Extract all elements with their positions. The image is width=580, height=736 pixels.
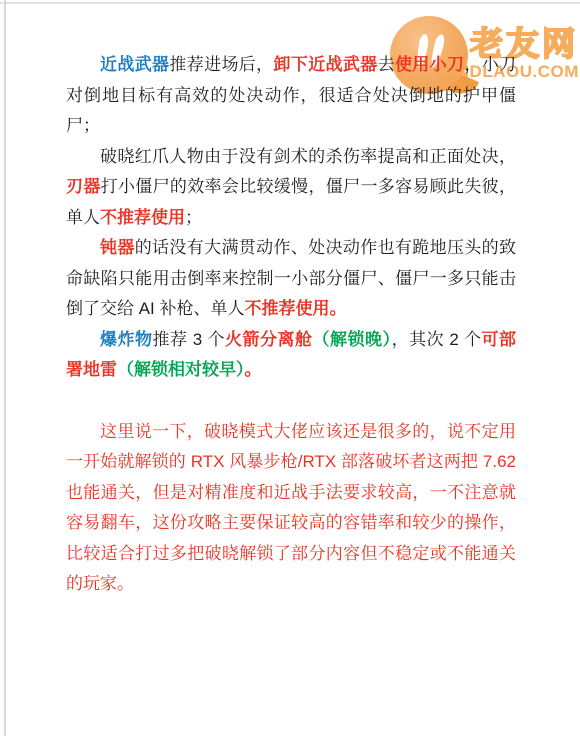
text-run: 破晓红爪人物由于没有剑术的杀伤率提高和正面处决，: [100, 147, 516, 166]
paragraph: 近战武器推荐进场后，卸下近战武器去使用小刀，小刀对倒地目标有高效的处决动作，很适…: [66, 50, 516, 142]
text-run: 。: [245, 360, 262, 379]
text-run: 推荐 3 个: [153, 330, 225, 349]
text-run: 卸下近战武器: [274, 55, 378, 74]
article-page: 老友网 ANDLAOU.COM 近战武器推荐进场后，卸下近战武器去使用小刀，小刀…: [0, 0, 580, 736]
paragraph: 这里说一下，破晓模式大佬应该还是很多的，说不定用一开始就解锁的 RTX 风暴步枪…: [66, 417, 516, 600]
text-run: （解锁相对较早）: [117, 360, 245, 379]
text-run: 这里说一下，破晓模式大佬应该还是很多的，说不定用一开始就解锁的 RTX 风暴步枪…: [66, 422, 516, 594]
text-run: ，其次 2 个: [392, 330, 482, 349]
text-run: 近战武器: [100, 55, 169, 74]
paragraph: 破晓红爪人物由于没有剑术的杀伤率提高和正面处决，刃器打小僵尸的效率会比较缓慢，僵…: [66, 142, 516, 234]
text-run: 不推荐使用。: [245, 299, 347, 318]
text-run: 推荐进场后，: [169, 55, 273, 74]
text-run: 钝器: [100, 238, 135, 257]
text-run: ；: [185, 208, 202, 227]
text-run: 不推荐使用: [100, 208, 185, 227]
text-run: 火箭分离舱: [225, 330, 313, 349]
text-run: 使用小刀: [395, 55, 464, 74]
article-content: 近战武器推荐进场后，卸下近战武器去使用小刀，小刀对倒地目标有高效的处决动作，很适…: [0, 0, 580, 600]
text-run: （解锁晚）: [313, 330, 392, 349]
paragraph: 钝器的话没有大满贯动作、处决动作也有跪地压头的致命缺陷只能用击倒率来控制一小部分…: [66, 233, 516, 325]
text-run: 去: [378, 55, 395, 74]
paragraph: 爆炸物推荐 3 个火箭分离舱（解锁晚），其次 2 个可部署地雷（解锁相对较早）。: [66, 325, 516, 386]
text-run: 爆炸物: [100, 330, 153, 349]
text-run: 刃器: [66, 177, 101, 196]
